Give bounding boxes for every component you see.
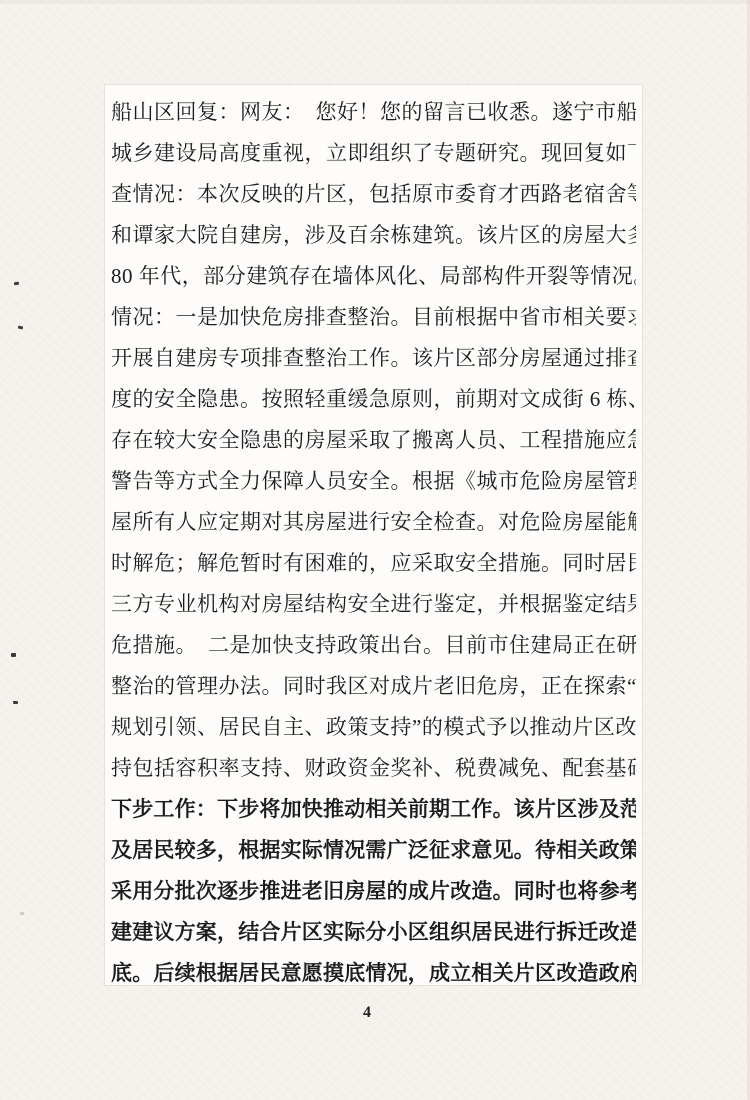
text-line: 持包括容积率支持、财政资金奖补、税费减免、配套基础设施等。三、	[111, 748, 636, 789]
text-line: 度的安全隐患。按照轻重缓急原则，前期对文成街 6 栋、谭家大院等	[111, 379, 636, 420]
scan-speck	[20, 912, 24, 915]
text-line: 城乡建设局高度重视，立即组织了专题研究。现回复如下。 一、调	[111, 133, 636, 174]
scan-edge-shading-top	[0, 0, 750, 4]
text-line: 危措施。 二是加快支持政策出台。目前市住建局正在研究相关危房	[111, 625, 636, 666]
text-line: 查情况：本次反映的片区，包括原市委育才西路老宿舍等 15 个小区	[111, 174, 636, 215]
text-line: 屋所有人应定期对其房屋进行安全检查。对危险房屋能解危的，要及	[111, 502, 636, 543]
text-line: 和谭家大院自建房，涉及百余栋建筑。该片区的房屋大多数建设于	[111, 215, 636, 256]
reply-text-block: 船山区回复：网友： 您好！您的留言已收悉。遂宁市船山区住房和 城乡建设局高度重视…	[104, 84, 643, 986]
text-line: 及居民较多，根据实际情况需广泛征求意见。待相关政策出台后，拟	[111, 830, 636, 871]
text-line: 80 年代，部分建筑存在墙体风化、局部构件开裂等情况。 二、办理	[111, 256, 636, 297]
text-line: 规划引领、居民自主、政策支持”的模式予以推动片区改造，政策支	[111, 707, 636, 748]
text-line: 采用分批次逐步推进老旧房屋的成片改造。同时也将参考您提出的改	[111, 871, 636, 912]
scanned-document-page: 船山区回复：网友： 您好！您的留言已收悉。遂宁市船山区住房和 城乡建设局高度重视…	[0, 0, 750, 1100]
scan-speck	[18, 326, 24, 330]
text-line: 三方专业机构对房屋结构安全进行鉴定，并根据鉴定结果采取相应排	[111, 584, 636, 625]
text-line: 警告等方式全力保障人员安全。根据《城市危险房屋管理规定》，房	[111, 461, 636, 502]
text-line: 开展自建房专项排查整治工作。该片区部分房屋通过排查存在不同程	[111, 338, 636, 379]
text-line: 存在较大安全隐患的房屋采取了搬离人员、工程措施应急处置、警示	[111, 420, 636, 461]
scan-speck	[13, 701, 18, 705]
scan-speck	[14, 282, 19, 286]
text-line: 情况：一是加快危房排查整治。目前根据中省市相关要求，我区正在	[111, 297, 636, 338]
text-line: 时解危；解危暂时有困难的，应采取安全措施。同时居民也可聘请第	[111, 543, 636, 584]
text-line: 整治的管理办法。同时我区对成片老旧危房，正在探索“政府主导、	[111, 666, 636, 707]
text-line: 船山区回复：网友： 您好！您的留言已收悉。遂宁市船山区住房和	[111, 92, 636, 133]
text-line: 建建议方案，结合片区实际分小区组织居民进行拆迁改造方式意愿摸	[111, 912, 636, 953]
text-line: 底。后续根据居民意愿摸底情况，成立相关片区改造政府专班，分步	[111, 953, 636, 994]
scan-speck	[11, 653, 16, 657]
text-line: 下步工作：下步将加快推动相关前期工作。该片区涉及范围较广，涉	[111, 789, 636, 830]
page-number: 4	[356, 1004, 378, 1022]
